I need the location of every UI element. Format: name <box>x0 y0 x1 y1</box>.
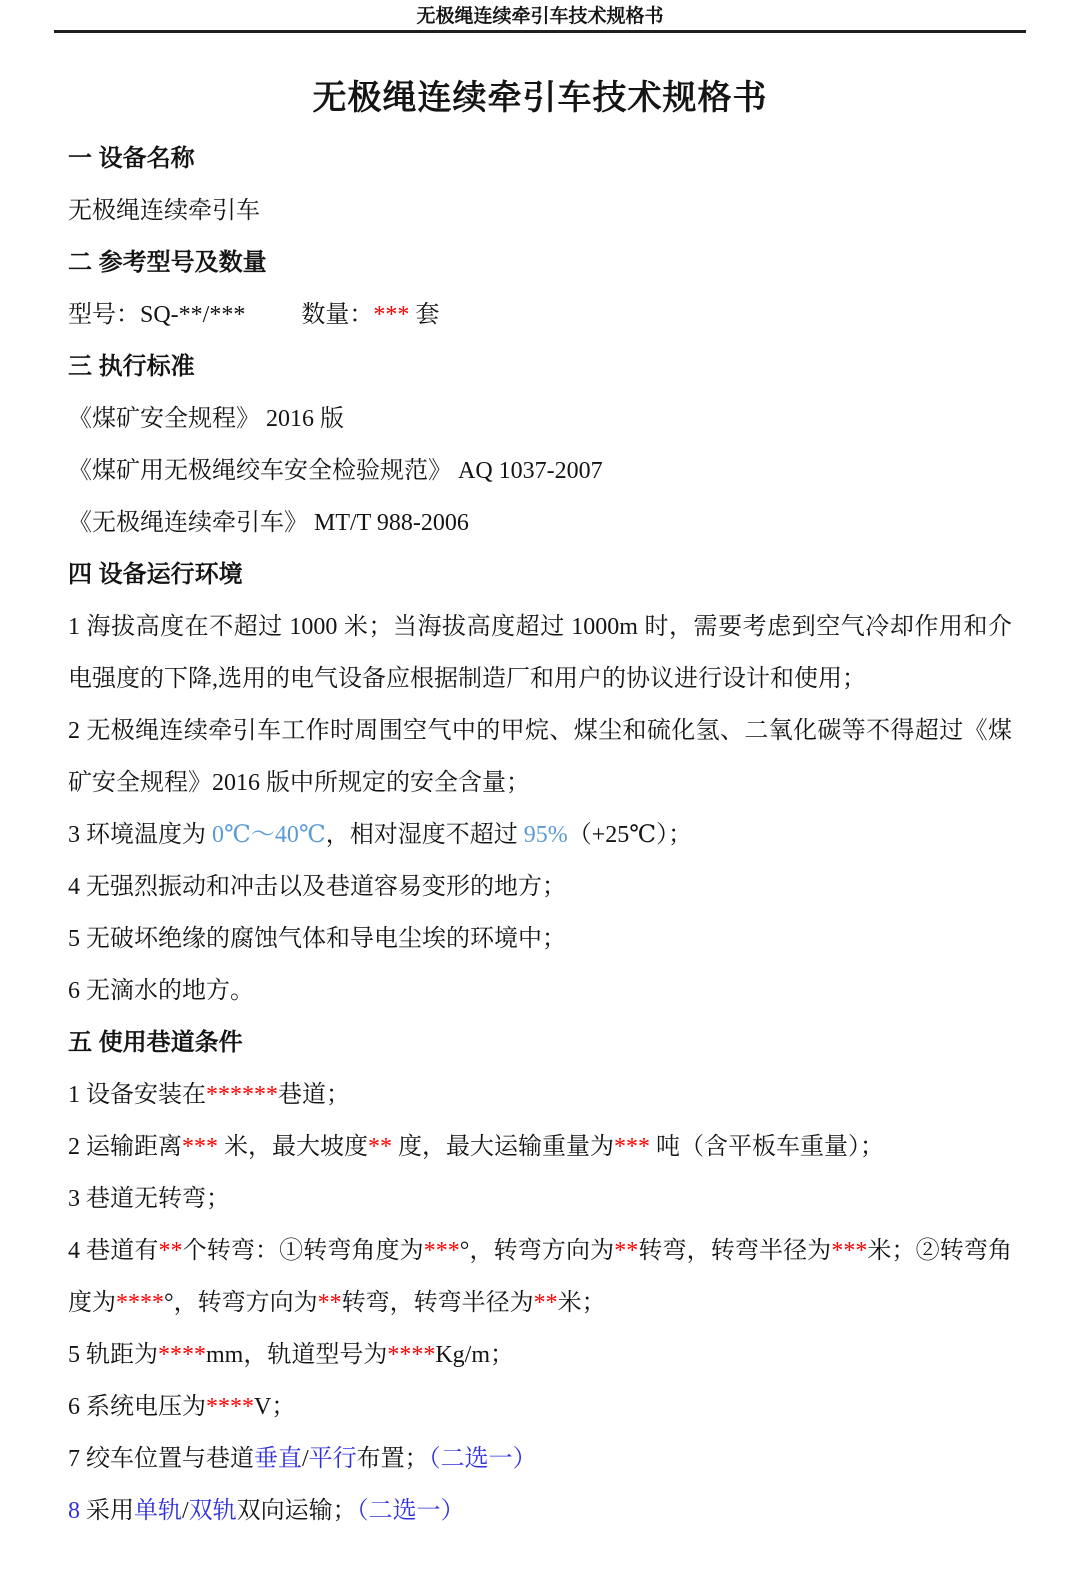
text-run: *** <box>373 302 409 328</box>
text-run: *** <box>424 1238 460 1264</box>
paragraph: 2 无极绳连续牵引车工作时周围空气中的甲烷、煤尘和硫化氢、二氧化碳等不得超过《煤… <box>68 705 1012 809</box>
paragraph: 《煤矿用无极绳绞车安全检验规范》 AQ 1037-2007 <box>68 445 1012 497</box>
text-run: 转弯，转弯半径为 <box>342 1290 534 1316</box>
text-run: （二选一） <box>357 1498 465 1524</box>
text-run: 《煤矿用无极绳绞车安全检验规范》 AQ 1037-2007 <box>68 458 603 484</box>
section-roadway-conditions: 五 使用巷道条件 1 设备安装在******巷道； 2 运输距离*** 米，最大… <box>68 1017 1012 1537</box>
text-run: 3 巷道无转弯； <box>68 1186 230 1212</box>
text-run: °，转弯方向为 <box>164 1290 318 1316</box>
text-run: 3 环境温度为 <box>68 822 212 848</box>
text-run: 1 海拔高度在不超过 1000 米；当海拔高度超过 1000m 时，需要考虑到空… <box>68 614 1012 692</box>
paragraph: 3 巷道无转弯； <box>68 1173 1012 1225</box>
text-run: 无极绳连续牵引车 <box>68 198 260 224</box>
text-run: 6 系统电压为 <box>68 1394 206 1420</box>
page-header-title: 无极绳连续牵引车技术规格书 <box>416 6 663 27</box>
section-heading: 三 执行标准 <box>68 341 1012 393</box>
text-run: （+25℃）； <box>568 822 692 848</box>
text-run: 4 无强烈振动和冲击以及巷道容易变形的地方； <box>68 874 566 900</box>
text-run: 套 <box>409 302 439 328</box>
section-heading: 四 设备运行环境 <box>68 549 1012 601</box>
text-run: 《煤矿安全规程》 2016 版 <box>68 406 344 432</box>
text-run: 米； <box>558 1290 606 1316</box>
text-run: 米，最大坡度 <box>218 1134 368 1160</box>
text-run: **** <box>116 1290 164 1316</box>
text-run: **** <box>206 1394 254 1420</box>
text-run: V； <box>254 1394 295 1420</box>
text-run: ** <box>614 1238 638 1264</box>
paragraph: 5 轨距为****mm，轨道型号为****Kg/m； <box>68 1329 1012 1381</box>
document-body: 一 设备名称 无极绳连续牵引车 二 参考型号及数量 型号：SQ-**/***数量… <box>0 121 1080 1537</box>
text-run: 4 巷道有 <box>68 1238 158 1264</box>
text-run: *** <box>182 1134 218 1160</box>
text-run: 吨（含平板车重量）； <box>650 1134 884 1160</box>
text-run: *** <box>614 1134 650 1160</box>
text-run: 7 绞车位置与巷道 <box>68 1446 254 1472</box>
text-run: mm，轨道型号为 <box>206 1342 387 1368</box>
text-run: 6 无滴水的地方。 <box>68 978 254 1004</box>
text-run: 5 无破坏绝缘的腐蚀气体和导电尘埃的环境中； <box>68 926 566 952</box>
page-header: 无极绳连续牵引车技术规格书 <box>54 0 1026 33</box>
text-run: ** <box>368 1134 392 1160</box>
text-run: 布置； <box>357 1446 429 1472</box>
text-run: 0℃～40℃ <box>212 822 326 848</box>
text-run: 单轨 <box>134 1498 182 1524</box>
paragraph: 无极绳连续牵引车 <box>68 185 1012 237</box>
section-model-quantity: 二 参考型号及数量 型号：SQ-**/***数量：*** 套 <box>68 237 1012 341</box>
text-run: / <box>182 1498 189 1524</box>
paragraph: 型号：SQ-**/***数量：*** 套 <box>68 289 1012 341</box>
paragraph: 6 系统电压为****V； <box>68 1381 1012 1433</box>
paragraph: 6 无滴水的地方。 <box>68 965 1012 1017</box>
text-run: 《无极绳连续牵引车》 MT/T 988-2006 <box>68 510 469 536</box>
text-run: 95% <box>524 822 568 848</box>
section-standards: 三 执行标准 《煤矿安全规程》 2016 版 《煤矿用无极绳绞车安全检验规范》 … <box>68 341 1012 549</box>
text-run: *** <box>831 1238 867 1264</box>
paragraph: 4 巷道有**个转弯：①转弯角度为***°，转弯方向为**转弯，转弯半径为***… <box>68 1225 1012 1329</box>
text-run: 双轨 <box>189 1498 237 1524</box>
paragraph: 4 无强烈振动和冲击以及巷道容易变形的地方； <box>68 861 1012 913</box>
text-run: 采用 <box>80 1498 134 1524</box>
paragraph: 2 运输距离*** 米，最大坡度** 度，最大运输重量为*** 吨（含平板车重量… <box>68 1121 1012 1173</box>
text-run: ** <box>318 1290 342 1316</box>
text-run: 双向运输； <box>237 1498 357 1524</box>
text-run: ****** <box>206 1082 278 1108</box>
text-run: / <box>302 1446 309 1472</box>
text-run: 5 轨距为 <box>68 1342 158 1368</box>
paragraph: 5 无破坏绝缘的腐蚀气体和导电尘埃的环境中； <box>68 913 1012 965</box>
text-run: 1 设备安装在 <box>68 1082 206 1108</box>
text-run: 个转弯：①转弯角度为 <box>182 1238 423 1264</box>
text-run: Kg/m； <box>435 1342 514 1368</box>
text-run: 数量： <box>301 302 373 328</box>
document-page: 无极绳连续牵引车技术规格书 无极绳连续牵引车技术规格书 一 设备名称 无极绳连续… <box>0 0 1080 1591</box>
text-run: 8 <box>68 1498 80 1524</box>
text-run: 2 无极绳连续牵引车工作时周围空气中的甲烷、煤尘和硫化氢、二氧化碳等不得超过《煤… <box>68 718 1012 796</box>
text-run: （二选一） <box>429 1446 537 1472</box>
paragraph: 1 海拔高度在不超过 1000 米；当海拔高度超过 1000m 时，需要考虑到空… <box>68 601 1012 705</box>
section-heading: 二 参考型号及数量 <box>68 237 1012 289</box>
text-run: **** <box>387 1342 435 1368</box>
text-run: 度，最大运输重量为 <box>392 1134 614 1160</box>
section-operating-environment: 四 设备运行环境 1 海拔高度在不超过 1000 米；当海拔高度超过 1000m… <box>68 549 1012 1017</box>
text-run: 巷道； <box>278 1082 350 1108</box>
paragraph: 1 设备安装在******巷道； <box>68 1069 1012 1121</box>
text-run: ，相对湿度不超过 <box>326 822 524 848</box>
document-title: 无极绳连续牵引车技术规格书 <box>68 75 1012 121</box>
text-run: °，转弯方向为 <box>460 1238 614 1264</box>
text-run: ** <box>534 1290 558 1316</box>
text-run: 平行 <box>309 1446 357 1472</box>
text-run: ** <box>158 1238 182 1264</box>
text-run: 垂直 <box>254 1446 302 1472</box>
section-heading: 五 使用巷道条件 <box>68 1017 1012 1069</box>
paragraph: 7 绞车位置与巷道垂直/平行布置；（二选一） <box>68 1433 1012 1485</box>
text-run: 2 运输距离 <box>68 1134 182 1160</box>
paragraph: 《无极绳连续牵引车》 MT/T 988-2006 <box>68 497 1012 549</box>
text-run: **** <box>158 1342 206 1368</box>
paragraph: 8 采用单轨/双轨双向运输；（二选一） <box>68 1485 1012 1537</box>
paragraph: 3 环境温度为 0℃～40℃，相对湿度不超过 95%（+25℃）； <box>68 809 1012 861</box>
paragraph: 《煤矿安全规程》 2016 版 <box>68 393 1012 445</box>
text-run: 型号：SQ-**/*** <box>68 302 245 328</box>
section-device-name: 一 设备名称 无极绳连续牵引车 <box>68 133 1012 237</box>
section-heading: 一 设备名称 <box>68 133 1012 185</box>
text-run: 转弯，转弯半径为 <box>638 1238 831 1264</box>
